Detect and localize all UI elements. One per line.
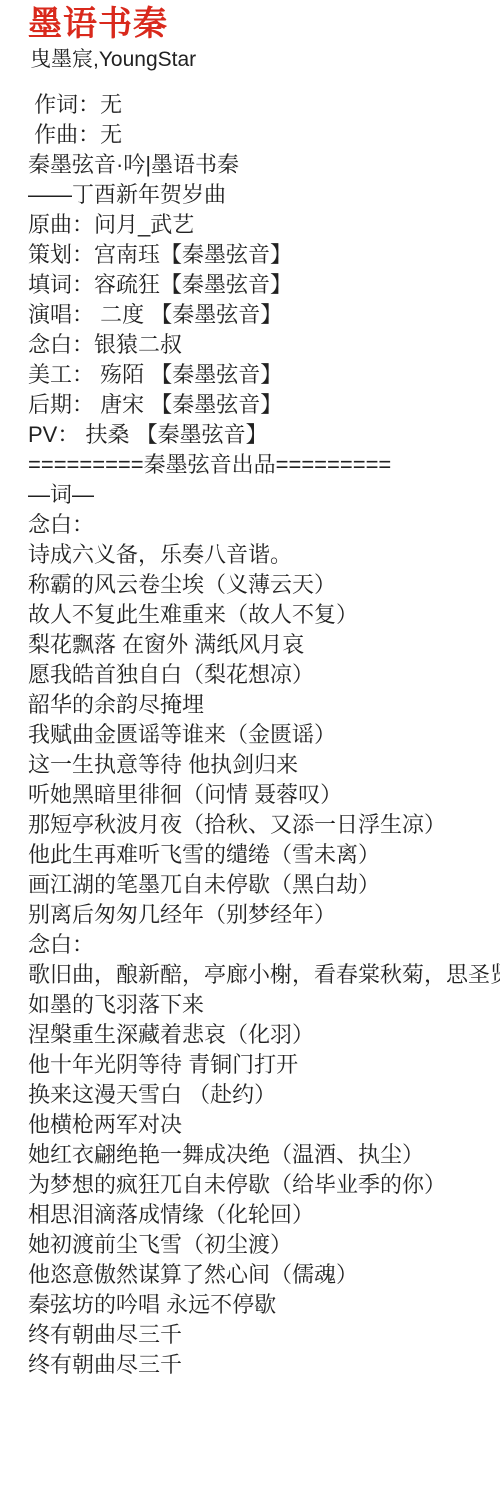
lyric-line: 韶华的余韵尽掩埋 bbox=[28, 690, 500, 720]
lyrics-body: 作词：无 作曲：无秦墨弦音·吟|墨语书秦——丁酉新年贺岁曲原曲：问月_武艺策划：… bbox=[28, 90, 500, 1380]
lyric-line: 别离后匆匆几经年（别梦经年） bbox=[28, 900, 500, 930]
lyric-line: 他此生再难听飞雪的缱绻（雪未离） bbox=[28, 840, 500, 870]
lyric-line: 称霸的风云卷尘埃（义薄云天） bbox=[28, 570, 500, 600]
lyric-line: PV： 扶桑 【秦墨弦音】 bbox=[28, 420, 500, 450]
lyric-line: 这一生执意等待 他执剑归来 bbox=[28, 750, 500, 780]
lyric-line: 我赋曲金匮谣等谁来（金匮谣） bbox=[28, 720, 500, 750]
lyric-line: 梨花飘落 在窗外 满纸风月哀 bbox=[28, 630, 500, 660]
lyric-line: 为梦想的疯狂兀自未停歇（给毕业季的你） bbox=[28, 1170, 500, 1200]
lyric-line: 如墨的飞羽落下来 bbox=[28, 990, 500, 1020]
lyric-line: 终有朝曲尽三千 bbox=[28, 1350, 500, 1380]
lyric-line: 她红衣翩绝艳一舞成决绝（温酒、执尘） bbox=[28, 1140, 500, 1170]
lyric-line: 她初渡前尘飞雪（初尘渡） bbox=[28, 1230, 500, 1260]
song-title: 墨语书秦 bbox=[28, 4, 500, 44]
lyric-line: 愿我皓首独自白（梨花想凉） bbox=[28, 660, 500, 690]
lyric-line: 策划：宫南珏【秦墨弦音】 bbox=[28, 240, 500, 270]
lyric-line: 念白： bbox=[28, 510, 500, 540]
lyric-line: 歌旧曲，酿新醅，亭廊小榭，看春棠秋菊，思圣贤诗书 bbox=[28, 960, 500, 990]
lyric-line: 画江湖的笔墨兀自未停歇（黑白劫） bbox=[28, 870, 500, 900]
lyric-line: 终有朝曲尽三千 bbox=[28, 1320, 500, 1350]
lyric-line: 秦弦坊的吟唱 永远不停歇 bbox=[28, 1290, 500, 1320]
lyric-line: 美工： 殇陌 【秦墨弦音】 bbox=[28, 360, 500, 390]
lyric-line: 演唱： 二度 【秦墨弦音】 bbox=[28, 300, 500, 330]
lyric-line: 填词：容疏狂【秦墨弦音】 bbox=[28, 270, 500, 300]
lyric-line: 他十年光阴等待 青铜门打开 bbox=[28, 1050, 500, 1080]
lyric-line: 他恣意傲然谋算了然心间（儒魂） bbox=[28, 1260, 500, 1290]
lyric-line: 念白： bbox=[28, 930, 500, 960]
lyric-line: 那短亭秋波月夜（拾秋、又添一日浮生凉） bbox=[28, 810, 500, 840]
lyric-line: 原曲：问月_武艺 bbox=[28, 210, 500, 240]
lyric-line: 相思泪滴落成情缘（化轮回） bbox=[28, 1200, 500, 1230]
lyric-line: ——丁酉新年贺岁曲 bbox=[28, 180, 500, 210]
lyric-line: 涅槃重生深藏着悲哀（化羽） bbox=[28, 1020, 500, 1050]
lyric-line: 念白：银猿二叔 bbox=[28, 330, 500, 360]
lyric-line: 换来这漫天雪白 （赴约） bbox=[28, 1080, 500, 1110]
lyric-line: 作词：无 bbox=[28, 90, 500, 120]
lyric-line: —词— bbox=[28, 480, 500, 510]
lyric-line: 故人不复此生难重来（故人不复） bbox=[28, 600, 500, 630]
artist-names: 曳墨宸,YoungStar bbox=[30, 46, 500, 74]
lyric-line: 后期： 唐宋 【秦墨弦音】 bbox=[28, 390, 500, 420]
lyric-line: 秦墨弦音·吟|墨语书秦 bbox=[28, 150, 500, 180]
lyric-line: 作曲：无 bbox=[28, 120, 500, 150]
lyric-line: 诗成六义备，乐奏八音谐。 bbox=[28, 540, 500, 570]
lyric-line: =========秦墨弦音出品========= bbox=[28, 450, 500, 480]
lyric-line: 他横枪两军对决 bbox=[28, 1110, 500, 1140]
lyric-line: 听她黑暗里徘徊（问情 聂蓉叹） bbox=[28, 780, 500, 810]
lyrics-page: 墨语书秦 曳墨宸,YoungStar 作词：无 作曲：无秦墨弦音·吟|墨语书秦—… bbox=[0, 0, 500, 1380]
